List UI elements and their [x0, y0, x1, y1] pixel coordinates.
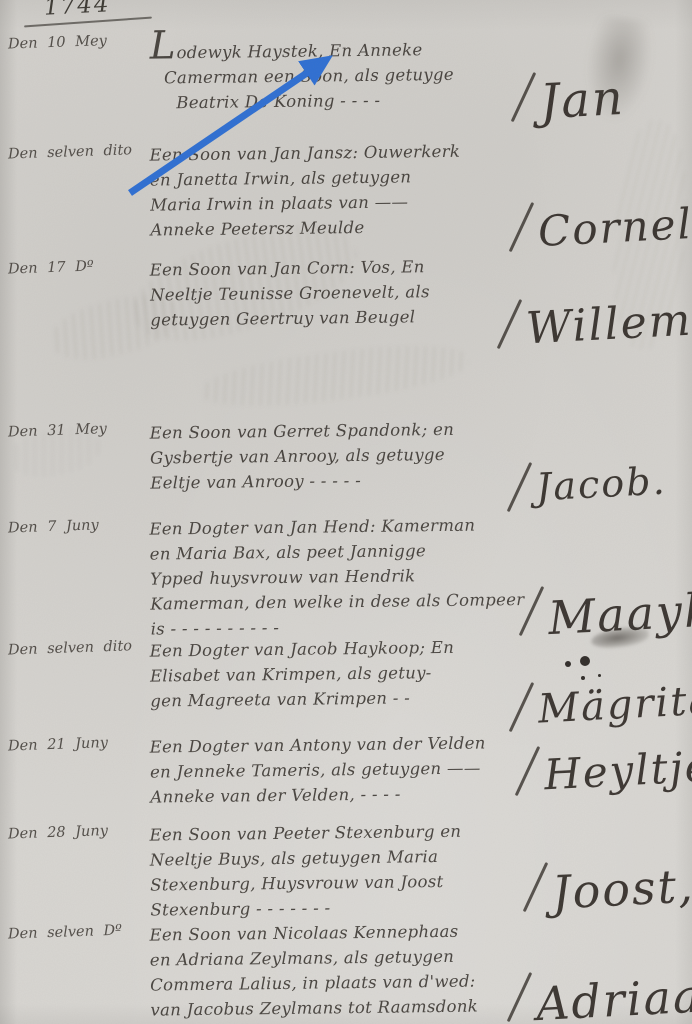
entry-body: Een Soon van Peeter Stexenburg enNeeltje… [149, 817, 570, 922]
body-line: Anneke Peetersz Meulde [150, 212, 570, 242]
entry-date: Den selven Dº [8, 921, 153, 942]
body-line: Kamerman, den welke in dese als Compeer [150, 586, 570, 616]
entry-body: Een Soon van Jan Corn: Vos, EnNeeltje Te… [150, 252, 571, 332]
entry-date: Den 31 Mey [8, 419, 153, 440]
body-line: Anneke van der Velden, - - - - [150, 779, 570, 809]
ghost-writing [198, 336, 472, 417]
ink-blot [565, 661, 571, 667]
entry-date: Den 21 Juny [8, 733, 153, 754]
child-name: Cornelis [537, 197, 692, 256]
child-name: Mägrita [537, 677, 692, 732]
entry-date: Den 17 Dº [8, 256, 153, 277]
entry-body: Een Dogter van Jacob Haykoop; EnElisabet… [150, 633, 571, 713]
body-line: Beatrix De Koning - - - - [150, 85, 570, 115]
entry-date: Den 28 Juny [8, 821, 153, 842]
entry-date: Den selven dito [8, 141, 153, 162]
child-name: Heyltje [543, 742, 692, 800]
body-line: Lodewyk Haystek, En Anneke [150, 27, 570, 65]
ink-blot [598, 674, 601, 677]
entry-date: Den 7 Juny [8, 515, 153, 536]
child-name: Adriaan [535, 967, 692, 1024]
body-line: gen Magreeta van Krimpen - - [150, 683, 570, 713]
entry-body: Een Soon van Jan Jansz: Ouwerkerken Jane… [149, 137, 570, 242]
child-name: Joost, [551, 858, 692, 919]
entry-body: Een Dogter van Antony van der Veldenen J… [150, 729, 571, 809]
entry-body: Een Dogter van Jan Hend: Kamermanen Mari… [149, 511, 570, 641]
register-page: 1744 Den 10 Mey Lodewyk Haystek, En Anne… [0, 0, 692, 1024]
child-name: Jacob. [535, 459, 668, 510]
ink-smudge [579, 14, 657, 126]
child-name: Willem [525, 295, 692, 355]
entry-body: Een Soon van Nicolaas Kennephaasen Adria… [149, 917, 570, 1022]
ink-blot [580, 656, 590, 666]
entry-body: Lodewyk Haystek, En AnnekeCamerman een S… [150, 27, 571, 115]
ink-blot [581, 676, 585, 680]
year-label: 1744 [43, 0, 111, 21]
entry-date: Den 10 Mey [8, 31, 153, 52]
entry-date: Den selven dito [8, 637, 153, 658]
body-line: Eeltje van Anrooy - - - - - [150, 465, 570, 495]
entry-body: Een Soon van Gerret Spandonk; enGysbertj… [150, 415, 571, 495]
